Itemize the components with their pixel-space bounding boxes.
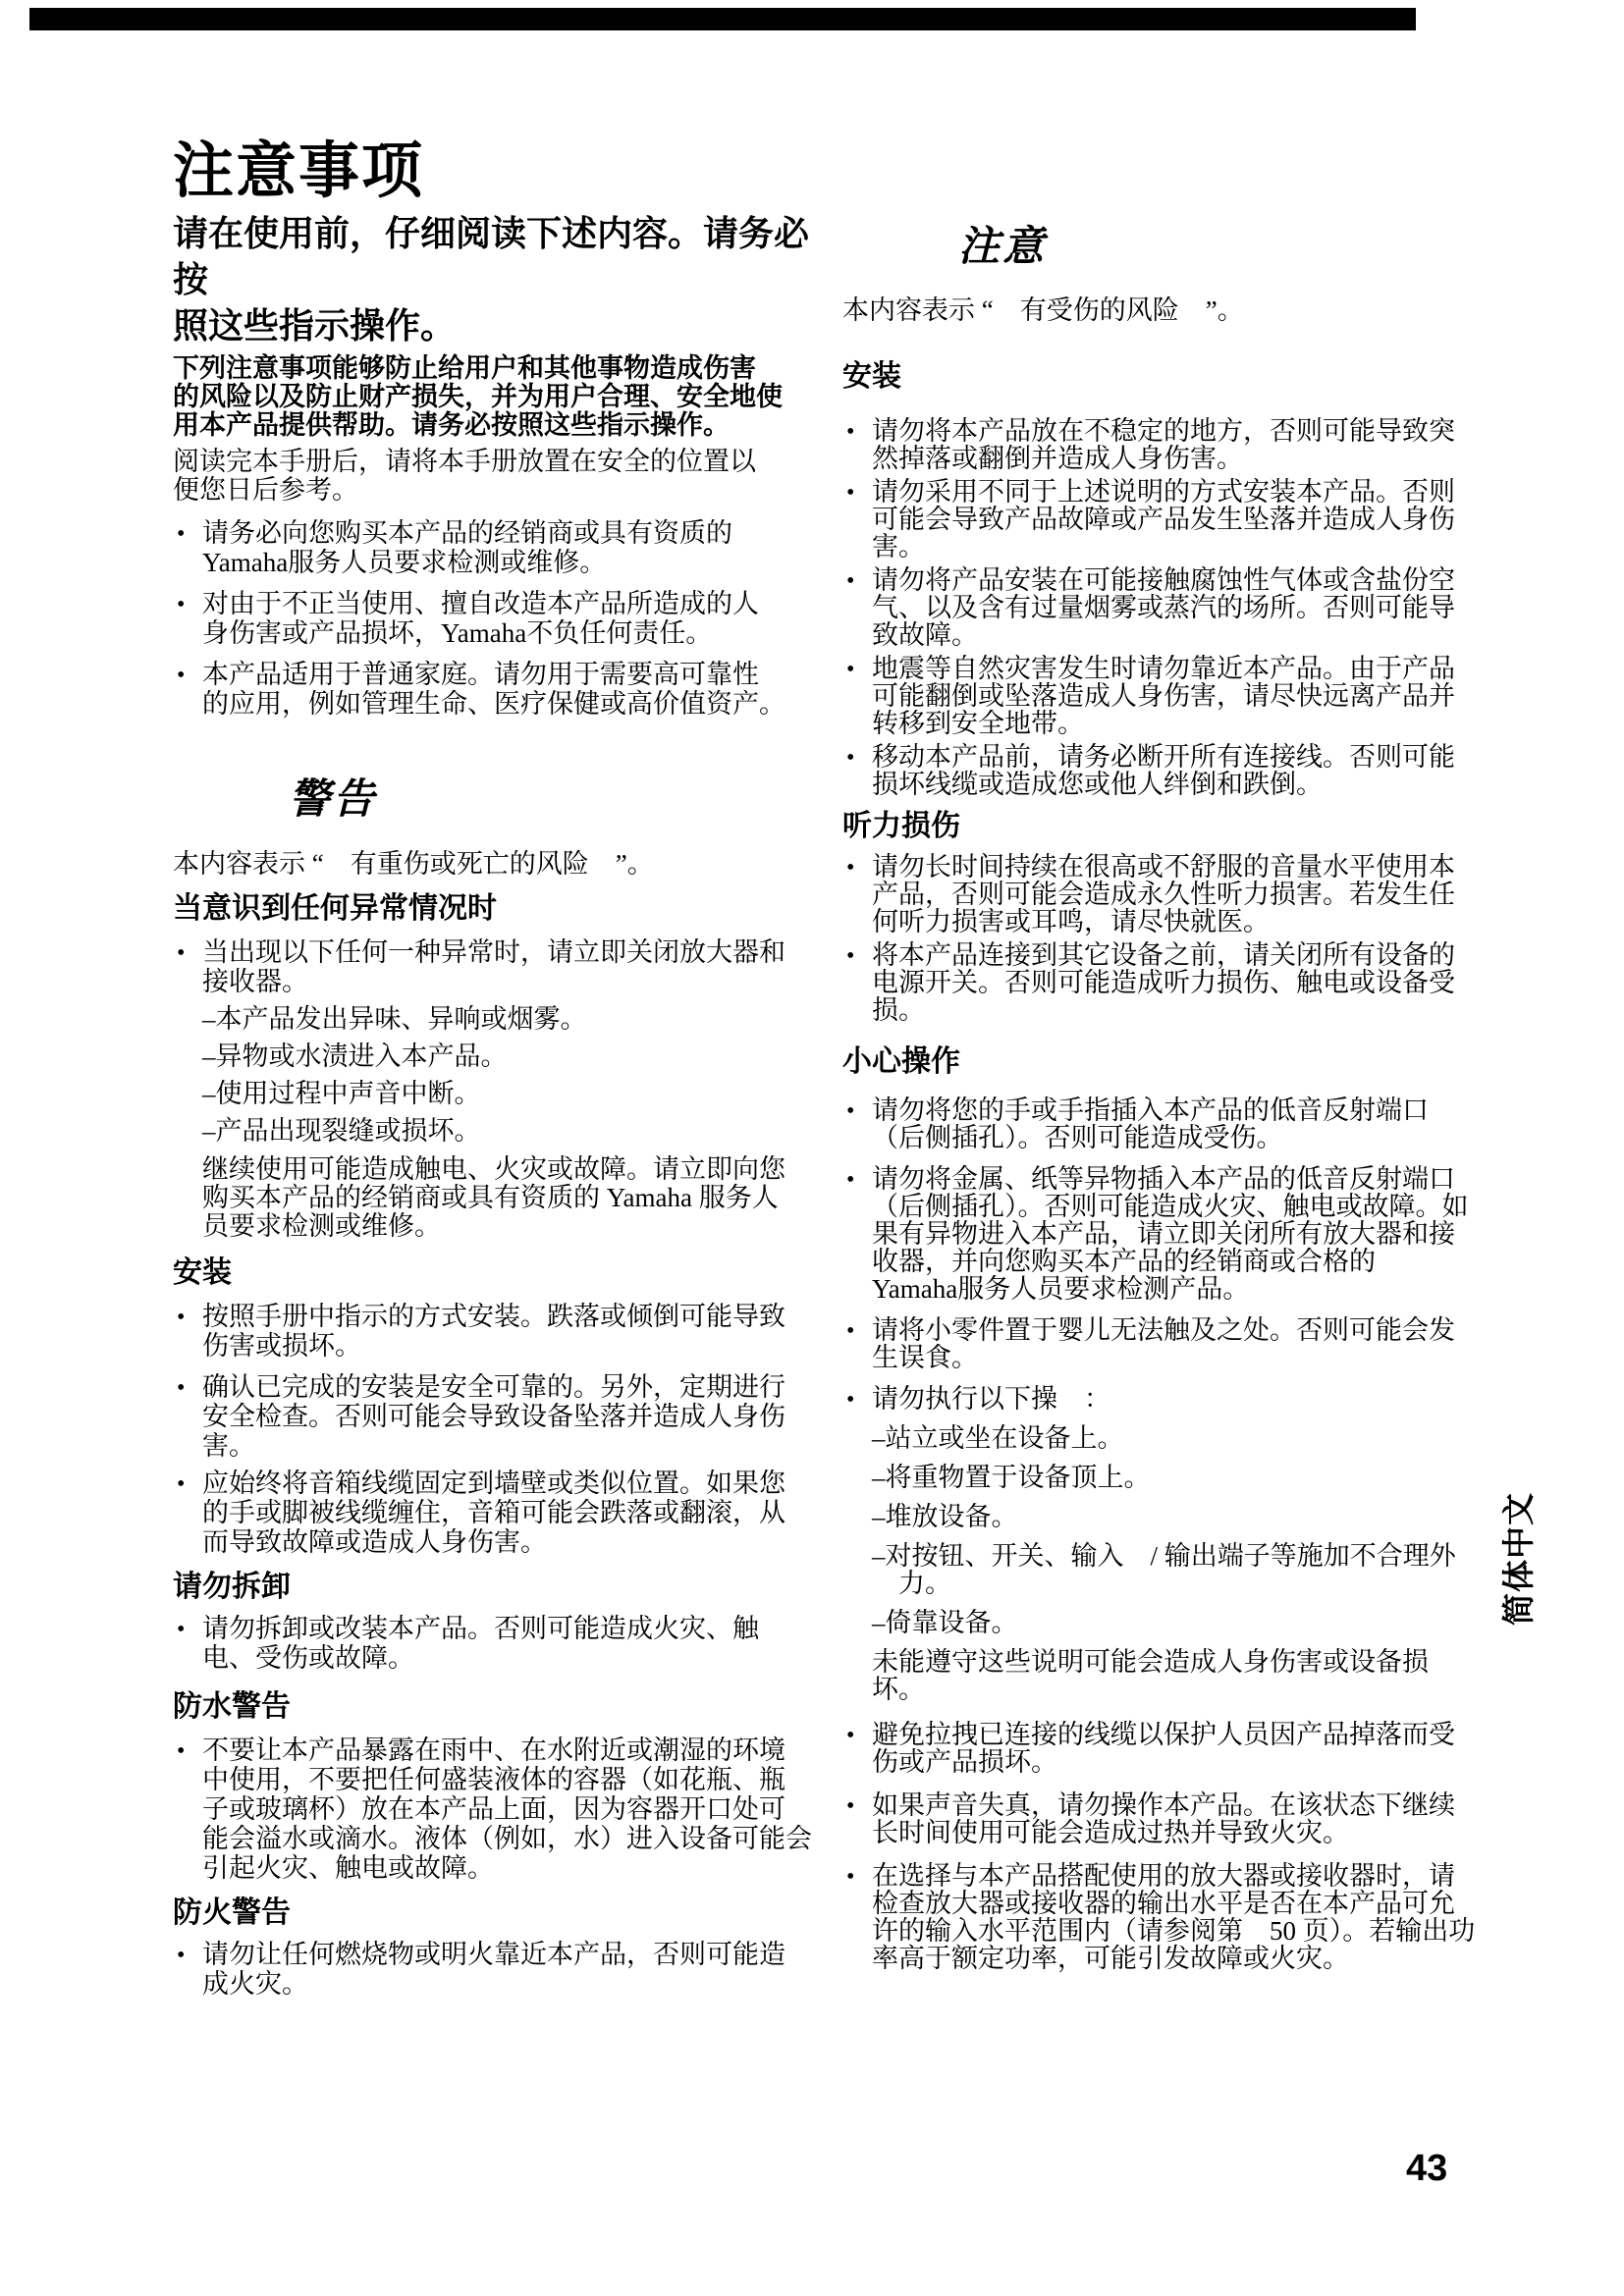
bullet-item: 请勿采用不同于上述说明的方式安装本产品。否则 可能会导致产品故障或产品发生坠落并…: [842, 478, 1530, 561]
intro-paragraph: 下列注意事项能够防止给用户和其他事物造成伤害 的风险以及防止财产损失，并为用户合…: [173, 354, 821, 440]
caution-intro: 本内容表示 “ 有受伤的风险 ”。: [842, 295, 1530, 325]
paragraph: 阅读完本手册后，请将本手册放置在安全的位置以 便您日后参考。: [173, 448, 821, 505]
section-heading: 安装: [173, 1255, 821, 1292]
bullet-item: 将本产品连接到其它设备之前，请关闭所有设备的 电源开关。否则可能造成听力损伤、触…: [842, 941, 1530, 1024]
bullet-item: 请将小零件置于婴儿无法触及之处。否则可能会发 生误食。: [842, 1316, 1530, 1371]
bullet-item: 请勿执行以下操 ：: [842, 1385, 1530, 1413]
bullet-item: 如果声音失真，请勿操作本产品。在该状态下继续 长时间使用可能会造成过热并导致火灾…: [842, 1791, 1530, 1846]
bullet-item: 请勿让任何燃烧物或明火靠近本产品，否则可能造 成火灾。: [173, 1940, 821, 1999]
dash-item: –站立或坐在设备上。: [842, 1424, 1530, 1452]
scan-artifact-bar: [29, 8, 1416, 30]
bullet-item: 请务必向您购买本产品的经销商或具有资质的 Yamaha服务人员要求检测或维修。: [173, 518, 821, 577]
bullet-item: 在选择与本产品搭配使用的放大器或接收器时，请 检查放大器或接收器的输出水平是否在…: [842, 1862, 1530, 1972]
section-heading: 请勿拆卸: [173, 1569, 821, 1606]
bullet-item: 确认已完成的安装是安全可靠的。另外，定期进行 安全检查。否则可能会导致设备坠落并…: [173, 1372, 821, 1461]
dash-item: –使用过程中声音中断。: [173, 1079, 821, 1108]
section-heading: 安装: [842, 358, 1530, 396]
bullet-item: 地震等自然灾害发生时请勿靠近本产品。由于产品 可能翻倒或坠落造成人身伤害，请尽快…: [842, 655, 1530, 737]
bullet-item: 避免拉拽已连接的线缆以保护人员因产品掉落而受 伤或产品损坏。: [842, 1721, 1530, 1776]
dash-item: –对按钮、开关、输入 / 输出端子等施加不合理外 力。: [842, 1542, 1530, 1597]
bullet-item: 请勿将产品安装在可能接触腐蚀性气体或含盐份空 气、以及含有过量烟雾或蒸汽的场所。…: [842, 566, 1530, 649]
bullet-item: 请勿将金属、纸等异物插入本产品的低音反射端口 （后侧插孔）。否则可能造成火灾、触…: [842, 1165, 1530, 1303]
intro-lead: 请在使用前，仔细阅读下述内容。请务必按 照这些指示操作。: [173, 210, 821, 348]
bullet-item: 应始终将音箱线缆固定到墙壁或类似位置。如果您 的手或脚被线缆缠住，音箱可能会跌落…: [173, 1468, 821, 1557]
bullet-item: 请勿将本产品放在不稳定的地方，否则可能导致突 然掉落或翻倒并造成人身伤害。: [842, 417, 1530, 472]
caution-heading: 注意: [958, 221, 1530, 272]
bullet-item: 本产品适用于普通家庭。请勿用于需要高可靠性 的应用，例如管理生命、医疗保健或高价…: [173, 660, 821, 719]
section-heading: 当意识到任何异常情况时: [173, 890, 821, 928]
manual-page: 注意事项 请在使用前，仔细阅读下述内容。请务必按 照这些指示操作。 下列注意事项…: [0, 0, 1624, 2296]
page-title: 注意事项: [173, 137, 821, 206]
page-number: 43: [1406, 2148, 1447, 2190]
paragraph: 未能遵守这些说明可能会造成人身伤害或设备损 坏。: [842, 1648, 1530, 1703]
warning-intro: 本内容表示 “ 有重伤或死亡的风险 ”。: [173, 850, 821, 879]
paragraph: 继续使用可能造成触电、火灾或故障。请立即向您 购买本产品的经销商或具有资质的 Y…: [173, 1155, 821, 1241]
section-heading: 防水警告: [173, 1688, 821, 1726]
dash-item: –倚靠设备。: [842, 1609, 1530, 1636]
bullet-item: 按照手册中指示的方式安装。跌落或倾倒可能导致 伤害或损坏。: [173, 1302, 821, 1361]
right-column: 注意 本内容表示 “ 有受伤的风险 ”。 安装 请勿将本产品放在不稳定的地方，否…: [842, 221, 1530, 1972]
warning-heading: 警告: [289, 774, 821, 825]
bullet-item: 不要让本产品暴露在雨中、在水附近或潮湿的环境 中使用，不要把任何盛装液体的容器（…: [173, 1735, 821, 1883]
bullet-item: 请勿拆卸或改装本产品。否则可能造成火灾、触 电、受伤或故障。: [173, 1614, 821, 1673]
section-heading: 小心操作: [842, 1043, 1530, 1081]
section-heading: 听力损伤: [842, 808, 1530, 845]
dash-item: –异物或水渍进入本产品。: [173, 1041, 821, 1071]
bullet-item: 对由于不正当使用、擅自改造本产品所造成的人 身伤害或产品损坏，Yamaha不负任…: [173, 589, 821, 648]
left-column: 注意事项 请在使用前，仔细阅读下述内容。请务必按 照这些指示操作。 下列注意事项…: [173, 137, 821, 1999]
bullet-item: 请勿将您的手或手指插入本产品的低音反射端口 （后侧插孔）。否则可能造成受伤。: [842, 1096, 1530, 1151]
language-tab: 简体中文: [1500, 1492, 1538, 1626]
dash-item: –堆放设备。: [842, 1503, 1530, 1530]
dash-item: –将重物置于设备顶上。: [842, 1464, 1530, 1491]
bullet-item: 请勿长时间持续在很高或不舒服的音量水平使用本 产品，否则可能会造成永久性听力损害…: [842, 853, 1530, 935]
bullet-item: 移动本产品前，请务必断开所有连接线。否则可能 损坏线缆或造成您或他人绊倒和跌倒。: [842, 743, 1530, 798]
section-heading: 防火警告: [173, 1895, 821, 1932]
dash-item: –本产品发出异味、异响或烟雾。: [173, 1004, 821, 1034]
bullet-item: 当出现以下任何一种异常时，请立即关闭放大器和 接收器。: [173, 937, 821, 996]
dash-item: –产品出现裂缝或损坏。: [173, 1116, 821, 1146]
